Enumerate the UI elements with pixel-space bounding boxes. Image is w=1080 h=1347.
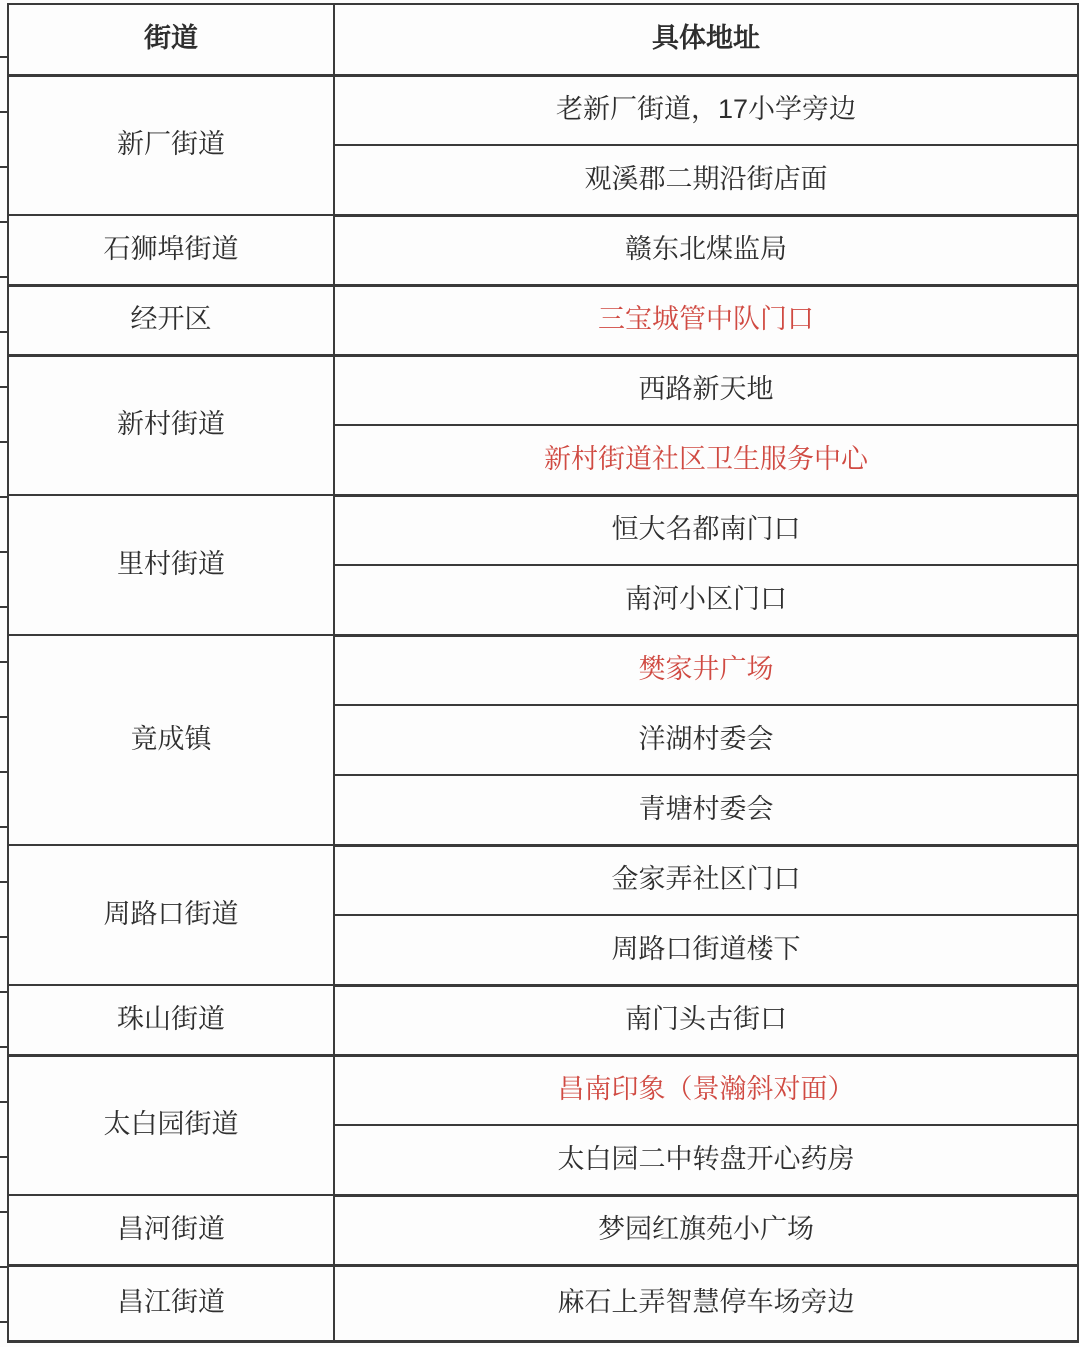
address-cell: 赣东北煤监局 (334, 215, 1078, 285)
table-row: 经开区三宝城管中队门口 (8, 285, 1078, 355)
table-row: 新村街道西路新天地 (8, 355, 1078, 425)
address-cell: 洋湖村委会 (334, 705, 1078, 775)
header-address: 具体地址 (334, 4, 1078, 75)
address-cell: 麻石上弄智慧停车场旁边 (334, 1265, 1078, 1341)
table-row: 竟成镇樊家井广场 (8, 635, 1078, 705)
header-street: 街道 (8, 4, 334, 75)
pickup-location-table: 街道 具体地址 新厂街道老新厂街道，17小学旁边观溪郡二期沿街店面石狮埠街道赣东… (7, 3, 1079, 1343)
address-cell: 青塘村委会 (334, 775, 1078, 845)
table-row: 太白园街道昌南印象（景瀚斜对面） (8, 1055, 1078, 1125)
street-cell: 经开区 (8, 285, 334, 355)
street-cell: 石狮埠街道 (8, 215, 334, 285)
table-row: 里村街道恒大名都南门口 (8, 495, 1078, 565)
street-cell: 竟成镇 (8, 635, 334, 845)
street-cell: 里村街道 (8, 495, 334, 635)
address-cell: 太白园二中转盘开心药房 (334, 1125, 1078, 1195)
street-cell: 周路口街道 (8, 845, 334, 985)
street-cell: 珠山街道 (8, 985, 334, 1055)
address-cell: 昌南印象（景瀚斜对面） (334, 1055, 1078, 1125)
address-cell: 樊家井广场 (334, 635, 1078, 705)
address-cell: 金家弄社区门口 (334, 845, 1078, 915)
address-cell: 南门头古街口 (334, 985, 1078, 1055)
street-cell: 新村街道 (8, 355, 334, 495)
table-row: 珠山街道南门头古街口 (8, 985, 1078, 1055)
address-cell: 恒大名都南门口 (334, 495, 1078, 565)
address-cell: 梦园红旗苑小广场 (334, 1195, 1078, 1265)
table-row: 新厂街道老新厂街道，17小学旁边 (8, 75, 1078, 145)
table-row: 石狮埠街道赣东北煤监局 (8, 215, 1078, 285)
table-body: 新厂街道老新厂街道，17小学旁边观溪郡二期沿街店面石狮埠街道赣东北煤监局经开区三… (8, 75, 1078, 1341)
table-row: 昌江街道麻石上弄智慧停车场旁边 (8, 1265, 1078, 1341)
street-cell: 昌河街道 (8, 1195, 334, 1265)
street-cell: 新厂街道 (8, 75, 334, 215)
header-row: 街道 具体地址 (8, 4, 1078, 75)
address-cell: 老新厂街道，17小学旁边 (334, 75, 1078, 145)
street-cell: 太白园街道 (8, 1055, 334, 1195)
address-cell: 三宝城管中队门口 (334, 285, 1078, 355)
address-cell: 南河小区门口 (334, 565, 1078, 635)
address-cell: 观溪郡二期沿街店面 (334, 145, 1078, 215)
address-cell: 西路新天地 (334, 355, 1078, 425)
screenshot-stage: 街道 具体地址 新厂街道老新厂街道，17小学旁边观溪郡二期沿街店面石狮埠街道赣东… (0, 0, 1080, 1347)
street-cell: 昌江街道 (8, 1265, 334, 1341)
table-header: 街道 具体地址 (8, 4, 1078, 75)
table-row: 昌河街道梦园红旗苑小广场 (8, 1195, 1078, 1265)
address-cell: 周路口街道楼下 (334, 915, 1078, 985)
table-row: 周路口街道金家弄社区门口 (8, 845, 1078, 915)
address-cell: 新村街道社区卫生服务中心 (334, 425, 1078, 495)
